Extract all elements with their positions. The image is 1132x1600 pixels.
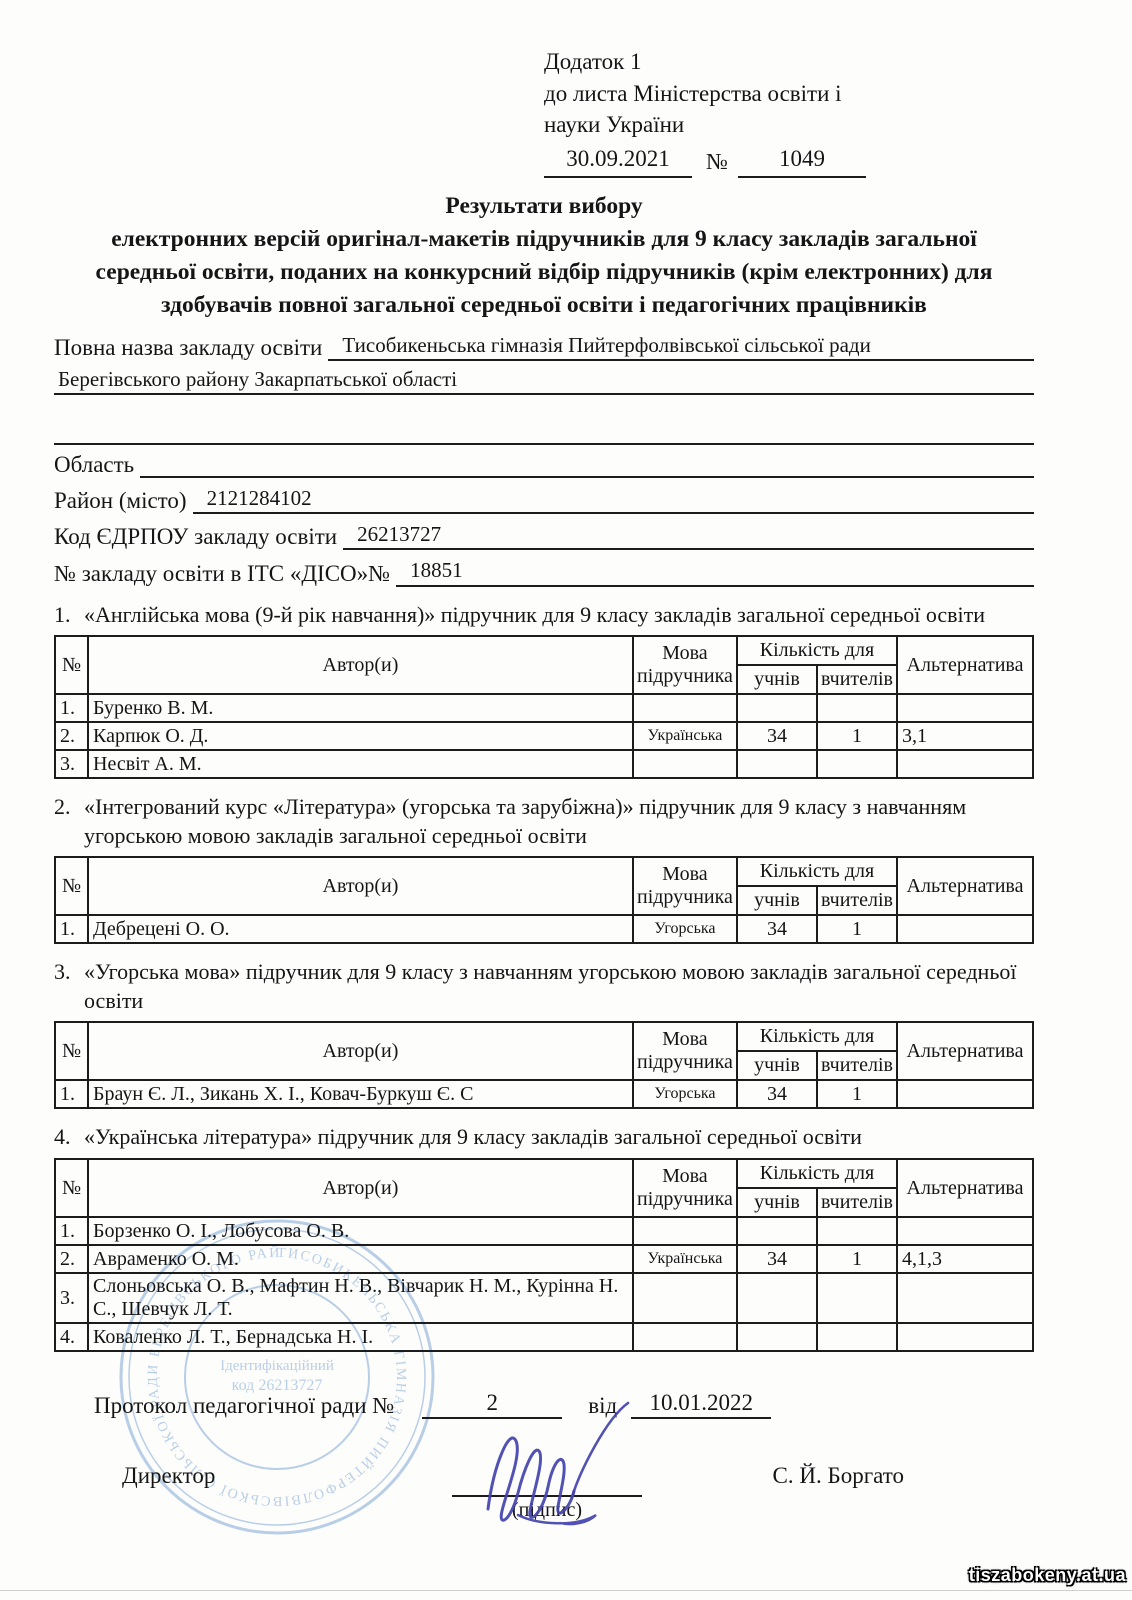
site-watermark: tiszabokeny.at.ua [969, 1565, 1126, 1586]
col-header-language: Мова підручника [633, 1022, 737, 1080]
col-header-authors: Автор(и) [88, 857, 633, 915]
signature-block: Директор (підпис) С. Й. Боргато [54, 1463, 1034, 1522]
row-alternative [897, 694, 1033, 722]
row-num: 2. [55, 722, 88, 750]
protocol-number: 2 [422, 1390, 562, 1419]
row-language: Українська [633, 1245, 737, 1273]
row-alternative [897, 750, 1033, 778]
row-students: 34 [737, 915, 817, 943]
col-header-teachers: вчителів [817, 665, 897, 694]
row-language [633, 750, 737, 778]
section-2-number: 2. [54, 793, 84, 850]
field-rayon-value: 2121284102 [193, 485, 1034, 514]
table-row: 1. Борзенко О. І., Лобусова О. В. [55, 1217, 1033, 1245]
table-row: 2. Карпюк О. Д. Українська 34 1 3,1 [55, 722, 1033, 750]
row-language [633, 694, 737, 722]
header-number-sign: № [706, 146, 728, 178]
title-line-1: Результати вибору [54, 190, 1034, 223]
col-header-quantity: Кількість для [737, 857, 897, 886]
col-header-quantity: Кількість для [737, 1159, 897, 1188]
col-header-authors: Автор(и) [88, 1159, 633, 1217]
table-row: 3. Несвіт А. М. [55, 750, 1033, 778]
row-language: Українська [633, 722, 737, 750]
row-authors: Браун Є. Л., Зикань Х. І., Ковач-Буркуш … [88, 1080, 633, 1108]
field-diso-label: № закладу освіти в ІТС «ДІСО»№ [54, 561, 396, 587]
signature-caption: (підпис) [452, 1499, 642, 1522]
col-header-language: Мова підручника [633, 1159, 737, 1217]
col-header-students: учнів [737, 1188, 817, 1217]
signature-line [452, 1463, 642, 1497]
row-teachers: 1 [817, 1245, 897, 1273]
section-3-heading: 3. «Угорська мова» підручник для 9 класу… [54, 958, 1034, 1015]
section-2-table: № Автор(и) Мова підручника Кількість для… [54, 856, 1034, 944]
row-language [633, 1273, 737, 1323]
row-language [633, 1323, 737, 1351]
row-students [737, 694, 817, 722]
row-teachers: 1 [817, 722, 897, 750]
section-2-title: «Інтегрований курс «Література» (угорськ… [84, 793, 1034, 850]
col-header-alternative: Альтернатива [897, 636, 1033, 694]
header-line-2: до листа Міністерства освіти і [544, 78, 1034, 110]
col-header-alternative: Альтернатива [897, 857, 1033, 915]
table-row: 1. Браун Є. Л., Зикань Х. І., Ковач-Бурк… [55, 1080, 1033, 1108]
row-authors: Карпюк О. Д. [88, 722, 633, 750]
form-fields: Повна назва закладу освіти Тисобикеньськ… [54, 332, 1034, 587]
col-header-students: учнів [737, 1051, 817, 1080]
row-alternative [897, 915, 1033, 943]
col-header-teachers: вчителів [817, 1188, 897, 1217]
header-line-3: науки України [544, 109, 1034, 141]
row-authors: Борзенко О. І., Лобусова О. В. [88, 1217, 633, 1245]
field-school-value-line3 [54, 419, 1034, 445]
row-students: 34 [737, 1245, 817, 1273]
row-alternative: 4,1,3 [897, 1245, 1033, 1273]
row-alternative [897, 1273, 1033, 1323]
row-authors: Буренко В. М. [88, 694, 633, 722]
row-alternative [897, 1217, 1033, 1245]
table-row: 2. Авраменко О. М. Українська 34 1 4,1,3 [55, 1245, 1033, 1273]
col-header-num: № [55, 636, 88, 694]
protocol-vid-label: від [588, 1393, 617, 1419]
document-header: Додаток 1 до листа Міністерства освіти і… [544, 46, 1034, 178]
table-row: 1. Буренко В. М. [55, 694, 1033, 722]
col-header-students: учнів [737, 886, 817, 915]
col-header-language: Мова підручника [633, 857, 737, 915]
col-header-num: № [55, 857, 88, 915]
director-name: С. Й. Боргато [773, 1463, 904, 1522]
document-page: ТИСОБИКЕНЬСЬКА ГІМНАЗІЯ ПИЙТЕРФОЛВІВСЬКО… [0, 0, 1132, 1600]
col-header-quantity: Кількість для [737, 636, 897, 665]
row-students [737, 1273, 817, 1323]
field-diso-value: 18851 [396, 557, 1034, 586]
field-rayon-label: Район (місто) [54, 488, 193, 514]
row-num: 2. [55, 1245, 88, 1273]
row-alternative: 3,1 [897, 722, 1033, 750]
row-authors: Несвіт А. М. [88, 750, 633, 778]
row-students: 34 [737, 722, 817, 750]
table-row: 3. Слоньовська О. В., Мафтин Н. В., Вівч… [55, 1273, 1033, 1323]
row-teachers [817, 750, 897, 778]
row-language [633, 1217, 737, 1245]
row-authors: Дебрецені О. О. [88, 915, 633, 943]
protocol-date: 10.01.2022 [631, 1390, 771, 1419]
col-header-authors: Автор(и) [88, 1022, 633, 1080]
director-label: Директор [122, 1463, 352, 1522]
col-header-authors: Автор(и) [88, 636, 633, 694]
field-oblast: Область [54, 452, 1034, 478]
title-body: електронних версій оригінал-макетів підр… [72, 223, 1017, 322]
section-1-table: № Автор(и) Мова підручника Кількість для… [54, 635, 1034, 779]
row-authors: Слоньовська О. В., Мафтин Н. В., Вівчари… [88, 1273, 633, 1323]
col-header-alternative: Альтернатива [897, 1159, 1033, 1217]
field-school-label: Повна назва закладу освіти [54, 335, 328, 361]
section-4-title: «Українська література» підручник для 9 … [84, 1123, 1034, 1152]
col-header-quantity: Кількість для [737, 1022, 897, 1051]
col-header-num: № [55, 1159, 88, 1217]
field-school-value-line2: Берегівського району Закарпатьської обла… [54, 367, 1034, 395]
row-num: 3. [55, 750, 88, 778]
row-authors: Авраменко О. М. [88, 1245, 633, 1273]
col-header-teachers: вчителів [817, 886, 897, 915]
signature-area: (підпис) [452, 1463, 642, 1522]
row-language: Угорська [633, 915, 737, 943]
col-header-num: № [55, 1022, 88, 1080]
header-date: 30.09.2021 [544, 143, 692, 178]
row-alternative [897, 1080, 1033, 1108]
table-row: 4. Коваленко Л. Т., Бернадська Н. І. [55, 1323, 1033, 1351]
section-1-title: «Англійська мова (9-й рік навчання)» під… [84, 601, 1034, 630]
field-rayon: Район (місто) 2121284102 [54, 485, 1034, 514]
row-teachers: 1 [817, 1080, 897, 1108]
section-4-heading: 4. «Українська література» підручник для… [54, 1123, 1034, 1152]
row-teachers [817, 1217, 897, 1245]
field-edrpou-label: Код ЄДРПОУ закладу освіти [54, 524, 343, 550]
col-header-teachers: вчителів [817, 1051, 897, 1080]
section-3-title: «Угорська мова» підручник для 9 класу з … [84, 958, 1034, 1015]
row-authors: Коваленко Л. Т., Бернадська Н. І. [88, 1323, 633, 1351]
protocol-line: Протокол педагогічної ради № 2 від 10.01… [94, 1390, 1034, 1419]
field-diso: № закладу освіти в ІТС «ДІСО»№ 18851 [54, 557, 1034, 586]
field-school-name: Повна назва закладу освіти Тисобикеньськ… [54, 332, 1034, 361]
row-teachers: 1 [817, 915, 897, 943]
row-num: 3. [55, 1273, 88, 1323]
section-1-heading: 1. «Англійська мова (9-й рік навчання)» … [54, 601, 1034, 630]
col-header-students: учнів [737, 665, 817, 694]
scan-edge-line [0, 1590, 1132, 1591]
section-4-number: 4. [54, 1123, 84, 1152]
col-header-alternative: Альтернатива [897, 1022, 1033, 1080]
header-number: 1049 [738, 143, 866, 178]
field-oblast-value [140, 452, 1034, 478]
section-2-heading: 2. «Інтегрований курс «Література» (угор… [54, 793, 1034, 850]
row-students [737, 1323, 817, 1351]
protocol-label: Протокол педагогічної ради № [94, 1393, 394, 1419]
row-num: 4. [55, 1323, 88, 1351]
col-header-language: Мова підручника [633, 636, 737, 694]
row-teachers [817, 1273, 897, 1323]
row-students [737, 750, 817, 778]
section-1-number: 1. [54, 601, 84, 630]
row-teachers [817, 1323, 897, 1351]
document-title: Результати вибору електронних версій ори… [54, 190, 1034, 322]
row-students: 34 [737, 1080, 817, 1108]
header-line-1: Додаток 1 [544, 46, 1034, 78]
row-language: Угорська [633, 1080, 737, 1108]
header-date-line: 30.09.2021 № 1049 [544, 143, 1034, 178]
field-oblast-label: Область [54, 452, 140, 478]
row-alternative [897, 1323, 1033, 1351]
section-3-number: 3. [54, 958, 84, 1015]
section-3-table: № Автор(и) Мова підручника Кількість для… [54, 1021, 1034, 1109]
row-num: 1. [55, 694, 88, 722]
section-4-table: № Автор(и) Мова підручника Кількість для… [54, 1158, 1034, 1352]
row-num: 1. [55, 1217, 88, 1245]
row-teachers [817, 694, 897, 722]
row-num: 1. [55, 1080, 88, 1108]
field-edrpou-value: 26213727 [343, 521, 1034, 550]
table-row: 1. Дебрецені О. О. Угорська 34 1 [55, 915, 1033, 943]
field-school-value: Тисобикеньська гімназія Пийтерфолвівсько… [328, 332, 1034, 361]
field-edrpou: Код ЄДРПОУ закладу освіти 26213727 [54, 521, 1034, 550]
row-num: 1. [55, 915, 88, 943]
row-students [737, 1217, 817, 1245]
